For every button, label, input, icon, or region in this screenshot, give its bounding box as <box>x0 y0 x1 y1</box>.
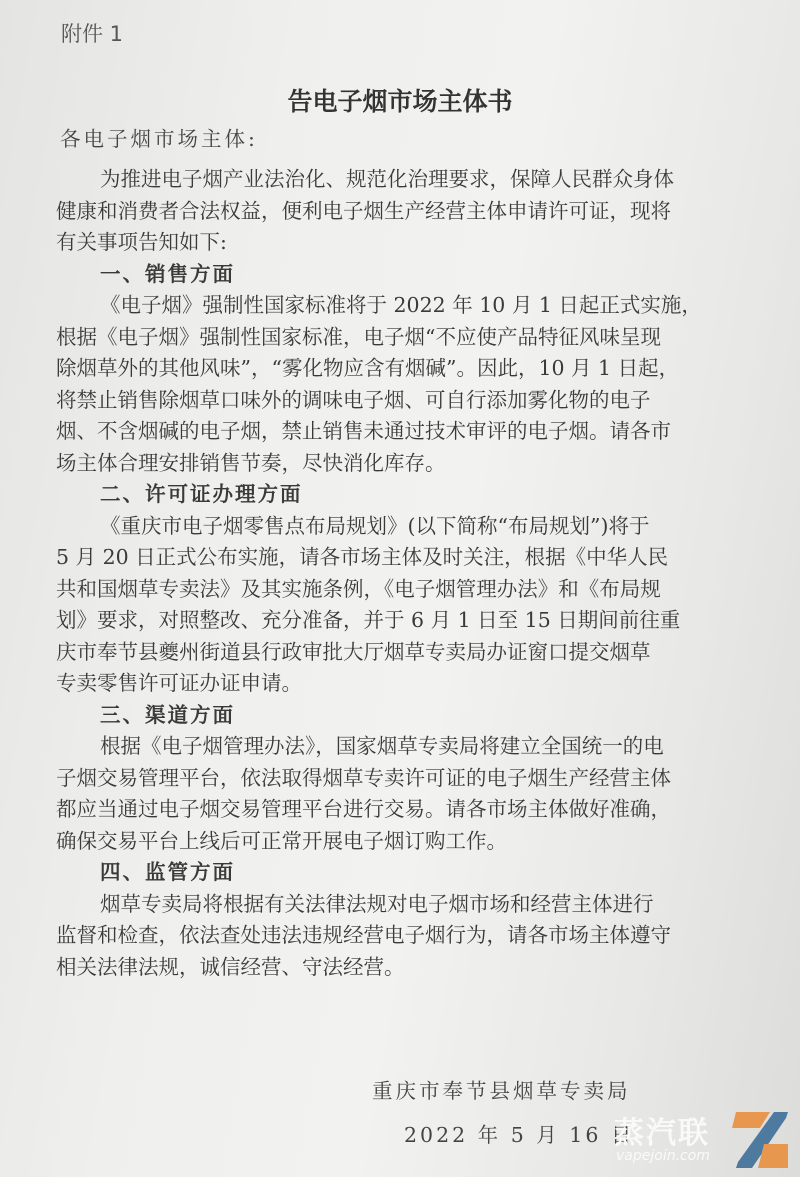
signature: 重庆市奉节县烟草专卖局 <box>372 1074 631 1104</box>
vapejoin-logo-icon <box>730 1108 792 1172</box>
document-title: 告电子烟市场主体书 <box>0 82 800 118</box>
body-line: 庆市奉节县夔州街道县行政审批大厅烟草专卖局办证窗口提交烟草 <box>56 637 756 669</box>
body-line: 除烟草外的其他风味”，“雾化物应含有烟碱”。因此，10 月 1 日起， <box>56 353 756 385</box>
section-heading-sales: 一、销售方面 <box>56 259 756 291</box>
section-heading-supervision: 四、监管方面 <box>56 857 756 889</box>
body-line: 《重庆市电子烟零售点布局规划》(以下简称“布局规划”)将于 <box>56 511 756 543</box>
body-line: 确保交易平台上线后可正常开展电子烟订购工作。 <box>56 826 756 858</box>
body-line: 烟草专卖局将根据有关法律法规对电子烟市场和经营主体进行 <box>56 889 756 921</box>
watermark: 蒸汽联 vapejoin.com <box>604 1108 800 1172</box>
watermark-brand: 蒸汽联 <box>614 1108 710 1152</box>
body-line: 根据《电子烟》强制性国家标准，电子烟“不应使产品特征风味呈现 <box>56 322 756 354</box>
body-line: 烟、不含烟碱的电子烟，禁止销售未通过技术审评的电子烟。请各市 <box>56 416 756 448</box>
body-line: 5 月 20 日正式公布实施，请各市场主体及时关注，根据《中华人民 <box>56 542 756 574</box>
body-line: 监督和检查，依法查处违法违规经营电子烟行为，请各市场主体遵守 <box>56 920 756 952</box>
document-body: 为推进电子烟产业法治化、规范化治理要求，保障人民群众身体 健康和消费者合法权益，… <box>56 164 756 983</box>
body-line: 将禁止销售除烟草口味外的调味电子烟、可自行添加雾化物的电子 <box>56 385 756 417</box>
section-heading-license: 二、许可证办理方面 <box>56 479 756 511</box>
body-line: 为推进电子烟产业法治化、规范化治理要求，保障人民群众身体 <box>56 164 756 196</box>
body-line: 有关事项告知如下: <box>56 227 756 259</box>
body-line: 根据《电子烟管理办法》，国家烟草专卖局将建立全国统一的电 <box>56 731 756 763</box>
document-date: 2022 年 5 月 16 日 <box>404 1118 634 1148</box>
body-line: 相关法律法规，诚信经营、守法经营。 <box>56 952 756 984</box>
body-line: 健康和消费者合法权益，便利电子烟生产经营主体申请许可证，现将 <box>56 196 756 228</box>
body-line: 都应当通过电子烟交易管理平台进行交易。请各市场主体做好准确， <box>56 794 756 826</box>
body-line: 专卖零售许可证办证申请。 <box>56 668 756 700</box>
body-line: 划》要求，对照整改、充分准备，并于 6 月 1 日至 15 日期间前往重 <box>56 605 756 637</box>
attachment-label: 附件 1 <box>61 18 123 48</box>
body-line: 子烟交易管理平台，依法取得烟草专卖许可证的电子烟生产经营主体 <box>56 763 756 795</box>
document-page: 附件 1 告电子烟市场主体书 各电子烟市场主体: 为推进电子烟产业法治化、规范化… <box>0 0 800 1177</box>
watermark-url: vapejoin.com <box>616 1148 710 1164</box>
salutation: 各电子烟市场主体: <box>60 122 258 152</box>
body-line: 《电子烟》强制性国家标准将于 2022 年 10 月 1 日起正式实施， <box>56 290 756 322</box>
section-heading-channel: 三、渠道方面 <box>56 700 756 732</box>
body-line: 共和国烟草专卖法》及其实施条例，《电子烟管理办法》和《布局规 <box>56 574 756 606</box>
body-line: 场主体合理安排销售节奏，尽快消化库存。 <box>56 448 756 480</box>
